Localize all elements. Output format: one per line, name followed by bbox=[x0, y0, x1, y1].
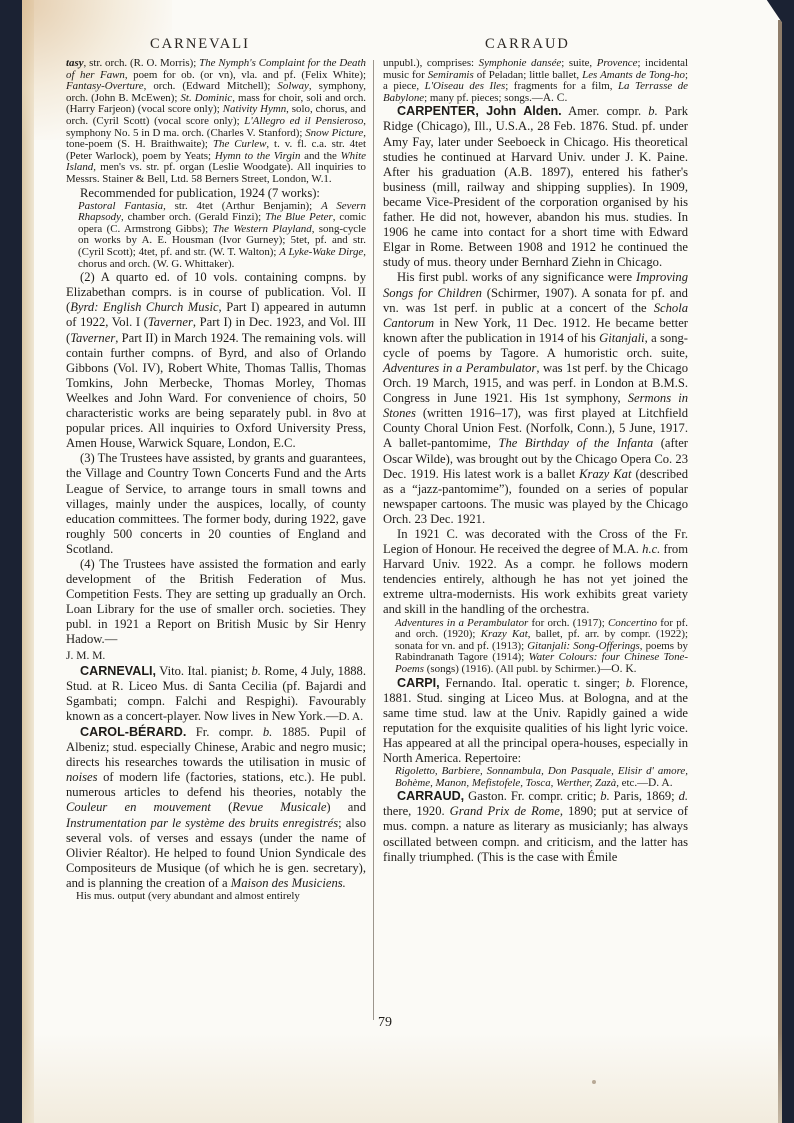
italic-title: Gitanjali: Song-Offerings bbox=[527, 640, 640, 652]
text-run: unpubl.), comprises: bbox=[383, 57, 479, 69]
italic-title: Revue Musicale bbox=[232, 800, 326, 814]
author-signature: O. K. bbox=[611, 663, 636, 675]
italic-title: Les Amants de Tong-ho bbox=[582, 69, 685, 81]
entry-headword: CARPI, bbox=[397, 676, 440, 690]
text-run: Amer. compr. bbox=[562, 104, 649, 118]
text-run: Gaston. Fr. compr. critic; bbox=[464, 789, 600, 803]
entry-carol-berard-output: His mus. output (very abundant and almos… bbox=[66, 891, 366, 903]
italic-title: Nativity Hymn bbox=[223, 103, 286, 115]
italic-title: Adventures in a Perambulator bbox=[383, 361, 536, 375]
works-list-recommended: Pastoral Fantasia, str. 4tet (Arthur Ben… bbox=[66, 201, 366, 271]
entry-headword: CARPENTER, bbox=[397, 104, 479, 118]
text-run: , Part II) in March 1924. The remaining … bbox=[66, 331, 366, 451]
author-signature: D. A. bbox=[338, 711, 363, 723]
italic-title: b. bbox=[600, 789, 609, 803]
entry-carpenter-works-list: Adventures in a Perambulator for orch. (… bbox=[383, 618, 688, 676]
entry-carpenter: CARPENTER, John Alden. Amer. compr. b. P… bbox=[383, 104, 688, 270]
author-signature: D. A. bbox=[648, 777, 673, 789]
page-number: 79 bbox=[378, 1015, 392, 1031]
italic-title: Semiramis bbox=[428, 69, 474, 81]
column-divider bbox=[373, 60, 374, 1020]
italic-title: Byrd: English Church Music bbox=[70, 300, 218, 314]
text-run: , orch. (Edward Mitchell); bbox=[144, 80, 278, 92]
italic-title: b. bbox=[626, 676, 635, 690]
italic-title: Fantasy-Overture bbox=[66, 80, 144, 92]
italic-title: Pastoral Fantasia bbox=[78, 200, 163, 212]
entry-carol-berard-continued: unpubl.), comprises: Symphonie dansée; s… bbox=[383, 58, 688, 104]
italic-title: Symphonie dansée bbox=[479, 57, 562, 69]
entry-carpi: CARPI, Fernando. Ital. operatic t. singe… bbox=[383, 676, 688, 767]
text-run: Paris, 1869; bbox=[610, 789, 679, 803]
text-run: there, 1920. bbox=[383, 804, 450, 818]
entry-text: Vito. Ital. pianist; bbox=[156, 664, 251, 678]
italic-title: A Lyke-Wake Dirge bbox=[279, 246, 363, 258]
text-run: Fernando. Ital. operatic t. singer; bbox=[440, 676, 626, 690]
text-run: and the bbox=[300, 150, 340, 162]
text-run: , str. 4tet (Arthur Benjamin); bbox=[163, 200, 321, 212]
italic-title: L'Oiseau des Iles bbox=[425, 80, 506, 92]
text-run: ; many pf. pieces; songs.— bbox=[424, 92, 543, 104]
italic-title: Krazy Kat bbox=[579, 467, 631, 481]
italic-title: Taverner bbox=[70, 331, 115, 345]
paper-tint bbox=[22, 1033, 782, 1123]
right-column: unpubl.), comprises: Symphonie dansée; s… bbox=[383, 58, 688, 865]
text-run: of modern life (factories, stations, etc… bbox=[66, 770, 366, 799]
text-run: ; fragments for a film, bbox=[505, 80, 618, 92]
author-signature: A. C. bbox=[543, 92, 568, 104]
italic-title: The Western Playland bbox=[213, 223, 312, 235]
italic-title: The Blue Peter bbox=[265, 211, 333, 223]
italic-title: b. bbox=[263, 725, 272, 739]
italic-title: Adventures in a Perambulator bbox=[395, 617, 528, 629]
born-abbrev: b. bbox=[251, 664, 260, 678]
author-signature: J. M. M. bbox=[66, 650, 105, 662]
entry-carraud: CARRAUD, Gaston. Fr. compr. critic; b. P… bbox=[383, 789, 688, 864]
text-run: Fr. compr. bbox=[186, 725, 263, 739]
entry-carol-berard: CAROL-BÉRARD. Fr. compr. b. 1885. Pupil … bbox=[66, 725, 366, 891]
text-run: Park Ridge (Chicago), Ill., U.S.A., 28 F… bbox=[383, 104, 688, 269]
italic-title: The Curlew bbox=[213, 138, 266, 150]
text-run: ; suite, bbox=[561, 57, 596, 69]
text-run: for orch. (1917); bbox=[528, 617, 608, 629]
text-run: , chamber orch. (Gerald Finzi); bbox=[121, 211, 265, 223]
page-right-edge bbox=[778, 20, 782, 1123]
text-run bbox=[479, 104, 486, 118]
italic-title: h.c. bbox=[642, 542, 660, 556]
entry-carnevali: CARNEVALI, Vito. Ital. pianist; b. Rome,… bbox=[66, 664, 366, 725]
italic-title: Gitanjali bbox=[599, 331, 644, 345]
italic-title: Instrumentation par le système des bruit… bbox=[66, 816, 338, 830]
text-run: (songs) (1916). (All publ. by Schirmer.)… bbox=[424, 663, 611, 675]
running-head-left: CARNEVALI bbox=[150, 36, 250, 53]
entry-headword: CARRAUD, bbox=[397, 789, 464, 803]
text-run: ( bbox=[211, 800, 232, 814]
entry-headword: CARNEVALI, bbox=[80, 664, 156, 678]
text-run: , poem for ob. (or vn), vla. and pf. (Fe… bbox=[125, 69, 366, 81]
italic-title: Couleur en mouvement bbox=[66, 800, 211, 814]
italic-title: b. bbox=[648, 104, 657, 118]
italic-title: tasy bbox=[66, 57, 84, 69]
text-run: , etc.— bbox=[616, 777, 648, 789]
italic-title: L'Allegro ed il Pensieroso bbox=[244, 115, 363, 127]
italic-title: The Birthday of the Infanta bbox=[498, 436, 653, 450]
text-run: His first publ. works of any significanc… bbox=[397, 270, 636, 284]
italic-title: St. Dominic bbox=[180, 92, 232, 104]
recommended-heading: Recommended for publication, 1924 (7 wor… bbox=[66, 186, 366, 201]
entry-headword: CAROL-BÉRARD. bbox=[80, 725, 186, 739]
text-run: , str. orch. (R. O. Morris); bbox=[84, 57, 200, 69]
page-edge bbox=[22, 0, 34, 1123]
entry-headword: John Alden. bbox=[486, 104, 562, 118]
italic-title: Hymn to the Virgin bbox=[215, 150, 301, 162]
text-run: ) and bbox=[326, 800, 366, 814]
italic-title: Grand Prix de Rome bbox=[450, 804, 560, 818]
entry-carpenter-honours: In 1921 C. was decorated with the Cross … bbox=[383, 527, 688, 618]
entry-carpi-repertoire: Rigoletto, Barbiere, Sonnambula, Don Pas… bbox=[383, 766, 688, 789]
works-list-published: tasy, str. orch. (R. O. Morris); The Nym… bbox=[66, 58, 366, 186]
italic-title: Maison des Musiciens. bbox=[231, 876, 346, 890]
italic-title: Provence bbox=[597, 57, 638, 69]
italic-title: Krazy Kat bbox=[481, 628, 528, 640]
italic-title: Taverner bbox=[148, 315, 193, 329]
paragraph-text: (4) The Trustees have assisted the forma… bbox=[66, 557, 366, 646]
paragraph-trustees-grants: (3) The Trustees have assisted, by grant… bbox=[66, 451, 366, 557]
italic-title: noises bbox=[66, 770, 97, 784]
text-run: , men's vs. str. pf. organ (Leslie Woodg… bbox=[66, 161, 366, 185]
paragraph-trustees-federation: (4) The Trustees have assisted the forma… bbox=[66, 557, 366, 664]
running-head-right: CARRAUD bbox=[485, 36, 570, 53]
entry-carpenter-works-para: His first publ. works of any significanc… bbox=[383, 270, 688, 527]
text-run: of Peladan; little ballet, bbox=[474, 69, 582, 81]
left-column: tasy, str. orch. (R. O. Morris); The Nym… bbox=[66, 58, 366, 903]
italic-title: Snow Picture bbox=[305, 127, 363, 139]
paper-stain bbox=[592, 1080, 596, 1084]
italic-title: d. bbox=[679, 789, 688, 803]
italic-title: Concertino bbox=[608, 617, 657, 629]
paragraph-quarto-edition: (2) A quarto ed. of 10 vols. containing … bbox=[66, 270, 366, 451]
italic-title: Solway bbox=[277, 80, 308, 92]
